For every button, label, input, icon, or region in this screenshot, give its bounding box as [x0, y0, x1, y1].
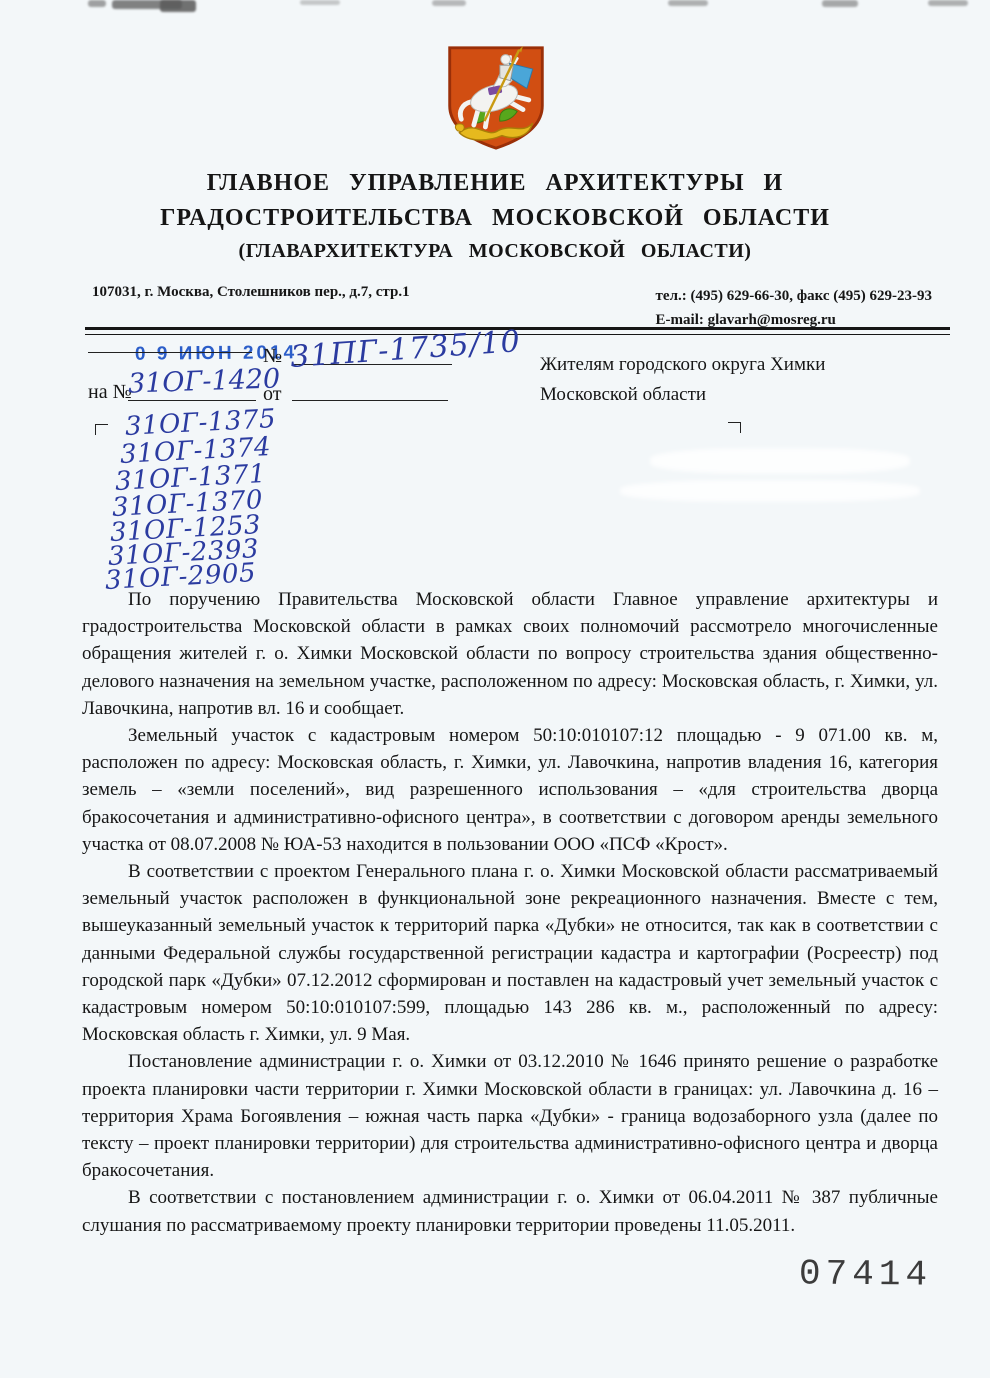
- org-contacts: тел.: (495) 629-66-30, факс (495) 629-23…: [656, 284, 932, 332]
- scan-artifact: [668, 0, 708, 6]
- incoming-number-handwritten: 31ОГ-1420: [128, 363, 281, 399]
- registration-number-stamp: 07414: [799, 1253, 932, 1295]
- from-date-label: от: [263, 383, 281, 406]
- from-date-underline: [292, 400, 448, 401]
- org-name-line2: ГРАДОСТРОИТЕЛЬСТВА МОСКОВСКОЙ ОБЛАСТИ: [0, 205, 990, 232]
- scanned-letter-page: ГЛАВНОЕ УПРАВЛЕНИЕ АРХИТЕКТУРЫ И ГРАДОСТ…: [0, 0, 990, 1378]
- scan-streak: [620, 480, 920, 502]
- scan-artifact: [432, 0, 466, 6]
- recipient-line2: Московской области: [540, 380, 825, 410]
- reply-to-label: на №: [88, 381, 132, 404]
- scan-artifact: [928, 0, 968, 6]
- body-paragraph: В соответствии с постановлением админист…: [82, 1184, 938, 1238]
- incoming-number-underline: [128, 400, 256, 401]
- scan-artifact: [822, 0, 858, 7]
- body-paragraph: Земельный участок с кадастровым номером …: [82, 722, 938, 858]
- body-paragraph: В соответствии с проектом Генерального п…: [82, 858, 938, 1048]
- address-corner-mark-left: [95, 424, 108, 435]
- recipient-block: Жителям городского округа Химки Московск…: [540, 350, 825, 410]
- address-corner-mark-right: [728, 422, 741, 433]
- org-phone-fax: тел.: (495) 629-66-30, факс (495) 629-23…: [656, 284, 932, 308]
- scan-artifact: [160, 0, 196, 12]
- org-name-line1: ГЛАВНОЕ УПРАВЛЕНИЕ АРХИТЕКТУРЫ И: [0, 170, 990, 197]
- body-paragraph: По поручению Правительства Московской об…: [82, 586, 938, 722]
- scan-streak: [650, 448, 910, 474]
- recipient-line1: Жителям городского округа Химки: [540, 350, 825, 380]
- scan-artifact: [300, 0, 340, 5]
- body-paragraph: Постановление администрации г. о. Химки …: [82, 1048, 938, 1184]
- letter-body: По поручению Правительства Московской об…: [82, 586, 938, 1239]
- org-name-line3: (ГЛАВАРХИТЕКТУРА МОСКОВСКОЙ ОБЛАСТИ): [0, 240, 990, 263]
- org-postal-address: 107031, г. Москва, Столешников пер., д.7…: [92, 284, 410, 301]
- scan-artifact: [88, 0, 106, 7]
- coat-of-arms-moscow-oblast-icon: [443, 44, 549, 152]
- date-underline: [88, 352, 252, 353]
